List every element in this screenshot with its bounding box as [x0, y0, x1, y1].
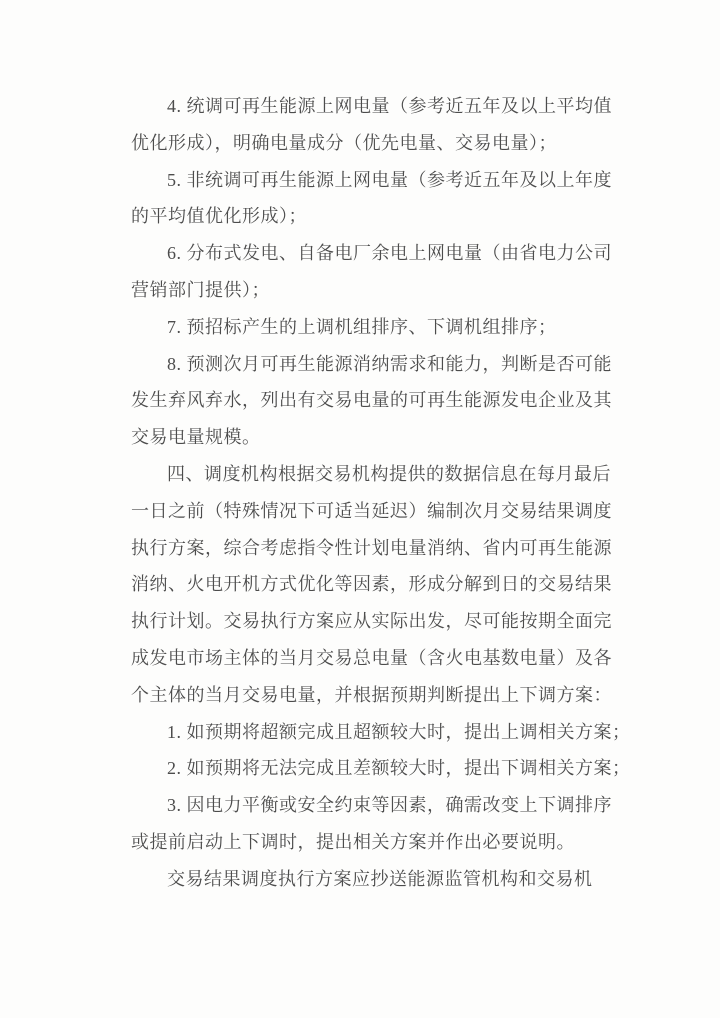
text-line: 消纳、火电开机方式优化等因素，形成分解到日的交易结果: [131, 566, 613, 603]
text-line: 交易电量规模。: [131, 419, 613, 456]
text-line: 6. 分布式发电、自备电厂余电上网电量（由省电力公司: [131, 235, 613, 272]
text-line: 或提前启动上下调时，提出相关方案并作出必要说明。: [131, 824, 613, 861]
text-line: 营销部门提供）；: [131, 272, 613, 309]
text-line: 优化形成），明确电量成分（优先电量、交易电量）；: [131, 125, 613, 162]
text-line: 4. 统调可再生能源上网电量（参考近五年及以上平均值: [131, 88, 613, 125]
text-line: 7. 预招标产生的上调机组排序、下调机组排序；: [131, 309, 613, 346]
text-line: 5. 非统调可再生能源上网电量（参考近五年及以上年度: [131, 162, 613, 199]
text-line: 的平均值优化形成）；: [131, 198, 613, 235]
text-line: 一日之前（特殊情况下可适当延迟）编制次月交易结果调度: [131, 493, 613, 530]
text-line: 2. 如预期将无法完成且差额较大时，提出下调相关方案；: [131, 750, 613, 787]
document-page: 4. 统调可再生能源上网电量（参考近五年及以上平均值优化形成），明确电量成分（优…: [0, 0, 720, 1018]
text-line: 成发电市场主体的当月交易总电量（含火电基数电量）及各: [131, 640, 613, 677]
text-line: 四、调度机构根据交易机构提供的数据信息在每月最后: [131, 456, 613, 493]
document-body: 4. 统调可再生能源上网电量（参考近五年及以上平均值优化形成），明确电量成分（优…: [131, 88, 613, 898]
text-line: 执行方案，综合考虑指令性计划电量消纳、省内可再生能源: [131, 530, 613, 567]
text-line: 执行计划。交易执行方案应从实际出发，尽可能按期全面完: [131, 603, 613, 640]
text-line: 1. 如预期将超额完成且超额较大时，提出上调相关方案；: [131, 714, 613, 751]
text-line: 3. 因电力平衡或安全约束等因素，确需改变上下调排序: [131, 787, 613, 824]
text-line: 个主体的当月交易电量，并根据预期判断提出上下调方案：: [131, 677, 613, 714]
text-line: 交易结果调度执行方案应抄送能源监管机构和交易机: [131, 861, 613, 898]
text-line: 发生弃风弃水，列出有交易电量的可再生能源发电企业及其: [131, 382, 613, 419]
text-line: 8. 预测次月可再生能源消纳需求和能力，判断是否可能: [131, 346, 613, 383]
